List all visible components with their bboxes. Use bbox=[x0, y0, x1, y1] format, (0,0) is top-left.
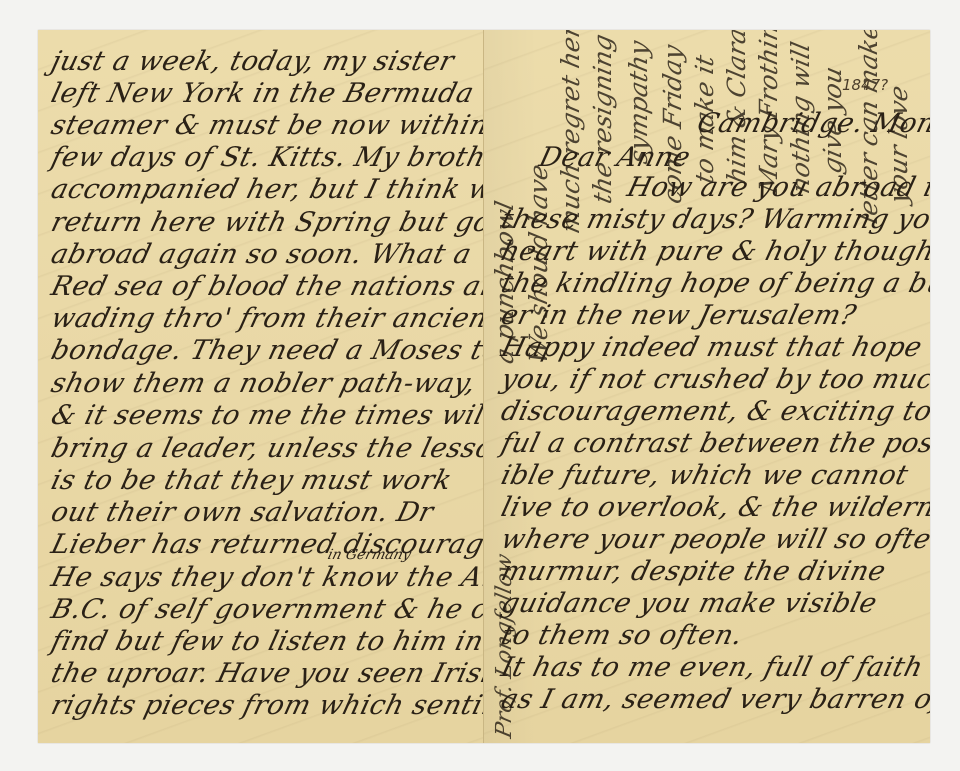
right-line-1: How are you abroad in bbox=[624, 172, 930, 203]
left-line-9: wading thro' from their ancient bbox=[48, 303, 484, 334]
left-line-10: bondage. They need a Moses to bbox=[48, 335, 484, 366]
right-line-15: to them so often. bbox=[498, 620, 746, 651]
left-line-14: is to be that they must work bbox=[48, 465, 455, 496]
left-line-17: He says they don't know the A. bbox=[48, 562, 484, 593]
left-line-21: rights pieces from which sentim bbox=[48, 690, 484, 721]
right-line-11: live to overlook, & the wilderness bbox=[498, 492, 930, 523]
right-line-13: murmur, despite the divine bbox=[498, 556, 889, 587]
left-line-19: find but few to listen to him in bbox=[48, 626, 484, 657]
left-line-5: accompanied her, but I think will bbox=[48, 174, 484, 205]
right-line-9: ful a contrast between the poss- bbox=[498, 428, 930, 459]
left-line-20: the uproar. Have you seen Irish bbox=[48, 658, 484, 689]
left-line-8: Red sea of blood the nations are bbox=[48, 271, 484, 302]
left-line-7: abroad again so soon. What a bbox=[48, 239, 475, 270]
right-line-16: It has to me even, full of faith bbox=[498, 652, 926, 683]
right-line-8: discouragement, & exciting to paint- bbox=[498, 396, 930, 427]
date-annotation: 1847? bbox=[842, 76, 888, 94]
right-line-2: these misty days? Warming your bbox=[498, 204, 930, 235]
left-line-4: few days of St. Kitts. My brother bbox=[48, 142, 484, 173]
left-page: just a week, today, my sister left New Y… bbox=[38, 30, 484, 743]
right-line-7: you, if not crushed by too much bbox=[498, 364, 930, 395]
left-line-6: return here with Spring but go bbox=[48, 207, 484, 238]
left-line-15: out their own salvation. Dr bbox=[48, 497, 437, 528]
right-line-3: heart with pure & holy thoughts & bbox=[498, 236, 930, 267]
letter-sheet: just a week, today, my sister left New Y… bbox=[38, 30, 930, 743]
right-line-12: where your people will so often bbox=[498, 524, 930, 555]
left-line-1: just a week, today, my sister bbox=[48, 46, 457, 77]
right-line-10: ible future, which we cannot bbox=[498, 460, 912, 491]
left-line-11: show them a nobler path-way, bbox=[48, 368, 479, 399]
left-line-16: Lieber has returned discouraged. bbox=[48, 529, 484, 560]
right-line-6: Happy indeed must that hope make bbox=[498, 332, 930, 363]
insertion-note: in Germany bbox=[326, 547, 413, 563]
letter-heading: Cambridge. Monday bbox=[694, 108, 930, 139]
salutation: Dear Anne bbox=[536, 142, 694, 173]
cross-line-4: the resigning of bbox=[588, 30, 617, 206]
right-line-5: er in the new Jerusalem? bbox=[498, 300, 859, 331]
right-page: a punchbowl We should have much regret h… bbox=[484, 30, 930, 743]
right-line-14: guidance you make visible bbox=[498, 588, 880, 619]
right-line-4: the kindling hope of being a build- bbox=[498, 268, 930, 299]
right-line-17: as I am, seemed very barren of bbox=[498, 684, 930, 715]
left-line-12: & it seems to me the times will bbox=[48, 400, 484, 431]
left-line-3: steamer & must be now within a bbox=[48, 110, 484, 141]
left-line-13: bring a leader, unless the lesson bbox=[48, 433, 484, 464]
left-line-18: B.C. of self government & he could bbox=[48, 594, 484, 625]
left-line-2: left New York in the Bermuda bbox=[48, 78, 477, 109]
